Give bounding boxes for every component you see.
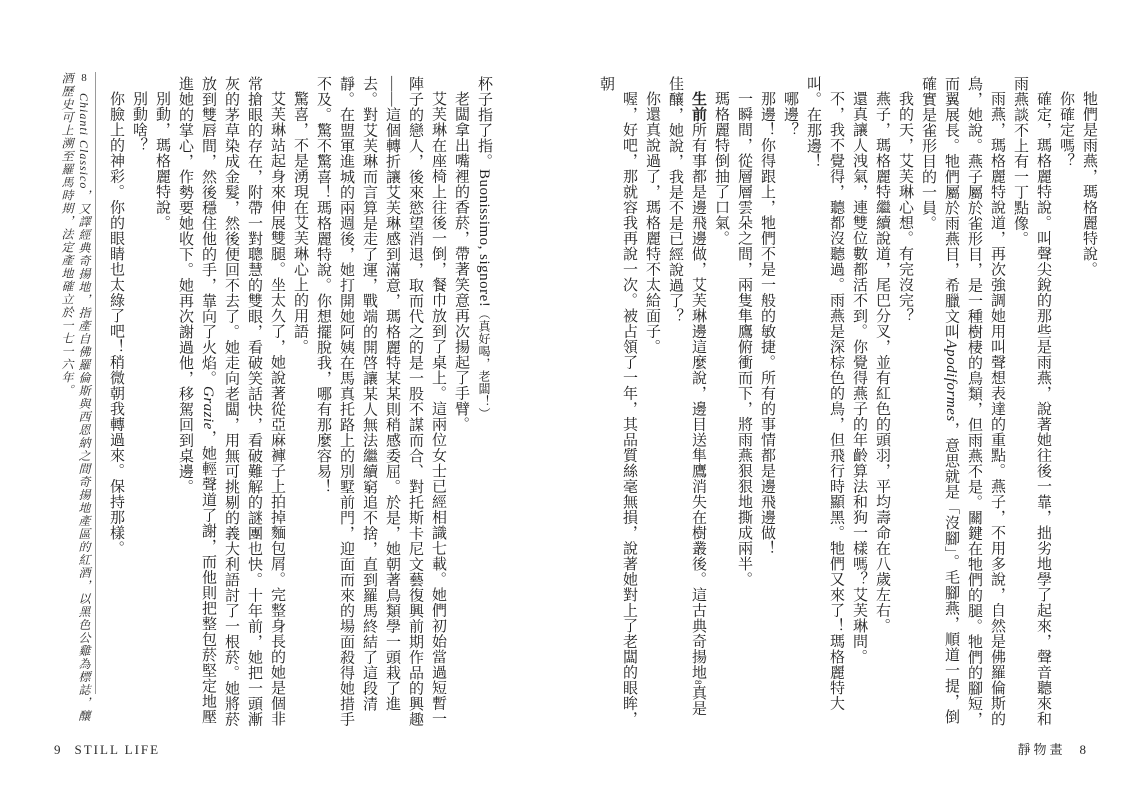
text-run: 你確定嗎？ (1058, 91, 1074, 169)
text-run: Apodiformes (943, 340, 959, 422)
paragraph: 雨燕，瑪格麗特說道，再次強調她用叫聲想表達的重點。燕子，不用多說，自然是佛羅倫斯… (916, 76, 1008, 728)
paragraph: 牠們是雨燕，瑪格麗特說。 (1077, 76, 1100, 728)
page-number-left: 9 (54, 742, 63, 757)
page-right-text: 牠們是雨燕，瑪格麗特說。你確定嗎？確定，瑪格麗特說。叫聲尖銳的那些是雨燕，說著她… (600, 76, 1100, 728)
footnote-text: Chianti Classico，又譯經典奇揚地，指產自佛羅倫斯與西恩納之間奇揚… (60, 72, 91, 722)
text-run: 不，我不覺得，聽都沒聽過。雨燕是深棕色的鳥，但飛行時顯黑。牠們又來了！瑪格麗特大… (805, 76, 844, 711)
book-spread: 牠們是雨燕，瑪格麗特說。你確定嗎？確定，瑪格麗特說。叫聲尖銳的那些是雨燕，說著她… (0, 0, 1128, 800)
running-title-chinese: 靜物畫 (1017, 742, 1065, 757)
page-left-footer: 9STILL LIFE (54, 742, 160, 758)
text-run: （真好喝，老闆！） (477, 307, 491, 420)
text-run: 一瞬間，從層層雲朵之間，兩隻隼鷹俯衝而下，將雨燕狠狠地撕成兩半。 (736, 91, 752, 587)
text-run: Chianti Classico (77, 93, 91, 189)
text-run: 別動啥？ (131, 91, 147, 153)
text-run: 你臉上的神彩。你的眼睛也太綠了吧！稍微朝我轉過來。保持那樣。 (108, 91, 124, 556)
text-run: 牠們是雨燕，瑪格麗特說。 (1081, 91, 1097, 277)
paragraph: 別動，瑪格麗特說。 (150, 76, 173, 728)
text-run: 確定，瑪格麗特說。叫聲尖銳的那些是雨燕，說著她往後一靠，拙劣地學了起來，聲音聽來… (1012, 76, 1051, 727)
text-run: 別動，瑪格麗特說。 (154, 91, 170, 231)
paragraph: 喔，好吧，那就容我再說一次。被占領了一年，其品質絲毫無損，說著她對上了老闆的眼眸… (594, 76, 640, 728)
paragraph: 杯子指了指。Buonissimo, signore!（真好喝，老闆！） (472, 76, 495, 728)
paragraph: 哪邊？ (778, 76, 801, 728)
paragraph: 不，我不覺得，聽都沒聽過。雨燕是深棕色的鳥，但飛行時顯黑。牠們又來了！瑪格麗特大… (801, 76, 847, 728)
text-run: 我的天，艾芙琳心想。有完沒完？ (897, 91, 913, 324)
page-right-footer: 靜物畫8 (1017, 739, 1086, 758)
text-run: 老闆拿出嘴裡的香菸，帶著笑意再次揚起了手臂。 (453, 91, 469, 432)
text-run: 燕子，瑪格麗特繼續說道，尾巴分叉，並有紅色的頭羽，平均壽命在八歲左右。 (874, 91, 890, 634)
paragraph: 我的天，艾芙琳心想。有完沒完？ (893, 76, 916, 728)
footnote-separator-rule (95, 72, 96, 694)
paragraph: 別動啥？ (127, 76, 150, 728)
paragraph: 生前所有事都是邊飛邊做，艾芙琳邊這麼說，邊目送隼鷹消失在樹叢後。這古典奇揚地8真… (663, 76, 709, 728)
text-run: 哪邊？ (782, 91, 798, 138)
paragraph: 你還真說過了，瑪格麗特不太給面子。 (640, 76, 663, 728)
footnote-marker: 8 (78, 72, 90, 85)
text-run: 生前 (690, 91, 706, 122)
paragraph: 燕子，瑪格麗特繼續說道，尾巴分叉，並有紅色的頭羽，平均壽命在八歲左右。 (870, 76, 893, 728)
text-run: 喔，好吧，那就容我再說一次。被占領了一年，其品質絲毫無損，說著她對上了老闆的眼眸… (598, 76, 637, 727)
running-title-english: STILL LIFE (75, 742, 161, 757)
text-run: 你還真說過了，瑪格麗特不太給面子。 (644, 91, 660, 355)
text-run: 杯子指了指。 (476, 76, 492, 169)
page-left-text: 杯子指了指。Buonissimo, signore!（真好喝，老闆！）老闆拿出嘴… (96, 76, 495, 728)
paragraph: 你臉上的神彩。你的眼睛也太綠了吧！稍微朝我轉過來。保持那樣。 (104, 76, 127, 728)
text-run: 瑪格麗特倒抽了口氣。 (713, 91, 729, 246)
text-run: 所有事都是邊飛邊做，艾芙琳邊這麼說，邊目送隼鷹消失在樹叢後。這古典奇揚地 (690, 122, 706, 680)
paragraph: 老闆拿出嘴裡的香菸，帶著笑意再次揚起了手臂。 (449, 76, 472, 728)
paragraph: 驚喜，不是湧現在艾芙琳心上的用語。 (288, 76, 311, 728)
footnote: 8Chianti Classico，又譯經典奇揚地，指產自佛羅倫斯與西恩納之間奇… (46, 72, 92, 724)
paragraph: 艾芙琳在座椅上往後一倒，餐巾放到了桌上。這兩位女士已經相識七載。她們初始當過短暫… (311, 76, 449, 728)
paragraph: 瑪格麗特倒抽了口氣。 (709, 76, 732, 728)
paragraph: 一瞬間，從層層雲朵之間，兩隻隼鷹俯衝而下，將雨燕狠狠地撕成兩半。 (732, 76, 755, 728)
text-run: Grazie (200, 386, 216, 430)
text-run: Buonissimo, signore! (476, 169, 492, 307)
paragraph: 還真讓人洩氣，連雙位數都活不到。你覺得燕子的年齡算法和狗一樣嗎？艾芙琳問。 (847, 76, 870, 728)
paragraph: 你確定嗎？ (1054, 76, 1077, 728)
text-run: 還真讓人洩氣，連雙位數都活不到。你覺得燕子的年齡算法和狗一樣嗎？艾芙琳問。 (851, 91, 867, 665)
page-number-right: 8 (1080, 742, 1087, 757)
text-run: 驚喜，不是湧現在艾芙琳心上的用語。 (292, 91, 308, 355)
text-run: 那邊！你得跟上，牠們不是一般的敏捷。所有的事情都是邊飛邊做！ (759, 91, 775, 556)
text-run: 艾芙琳在座椅上往後一倒，餐巾放到了桌上。這兩位女士已經相識七載。她們初始當過短暫… (315, 76, 446, 727)
paragraph: 那邊！你得跟上，牠們不是一般的敏捷。所有的事情都是邊飛邊做！ (755, 76, 778, 728)
paragraph: 艾芙琳站起身來伸展雙腿。坐太久了，她說著從亞麻褲子上拍掉麵包屑。完整身長的她是個… (173, 76, 288, 728)
paragraph: 確定，瑪格麗特說。叫聲尖銳的那些是雨燕，說著她往後一靠，拙劣地學了起來，聲音聽來… (1008, 76, 1054, 728)
